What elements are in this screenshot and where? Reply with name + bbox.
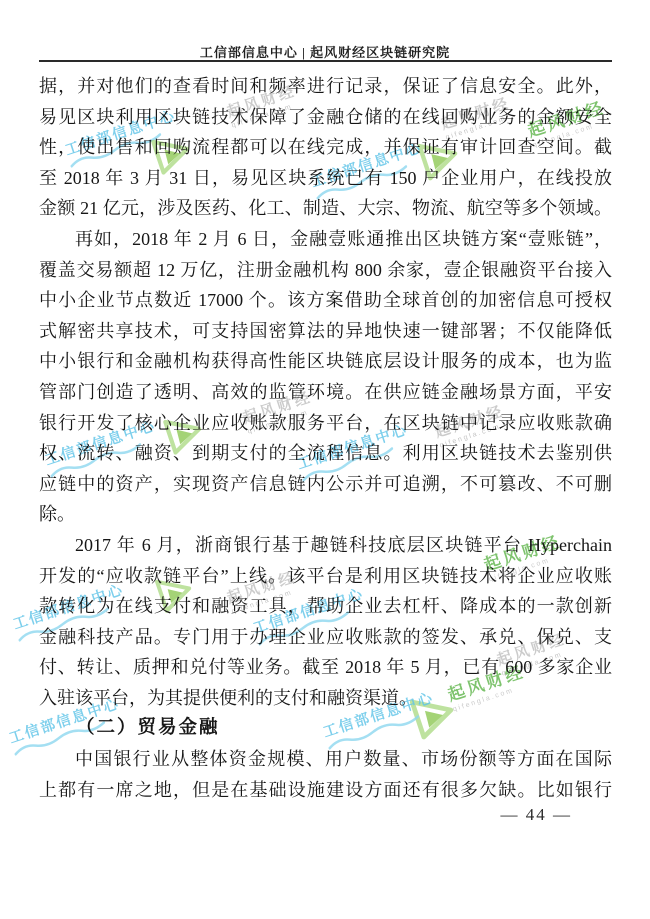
- text-line: 覆盖交易额超 12 万亿，注册金融机构 800 余家，壹企银融资平台接入: [39, 255, 612, 286]
- text-line: 上都有一席之地，但是在基础设施建设方面还有很多欠缺。比如银行: [39, 775, 612, 806]
- text-line: 至 2018 年 3 月 31 日，易见区块系统已有 150 户企业用户，在线投…: [39, 163, 612, 194]
- text-line: 权、流转、融资、到期支付的全流程信息。利用区块链技术去鉴别供: [39, 438, 612, 469]
- paragraph: 据，并对他们的查看时间和频率进行记录，保证了信息安全。此外，易见区块利用区块链技…: [39, 71, 612, 224]
- text-line: 管部门创造了透明、高效的监管环境。在供应链金融场景方面，平安: [39, 377, 612, 408]
- text-line: 金融科技产品。专门用于办理企业应收账款的签发、承兑、保兑、支: [39, 622, 612, 653]
- text-line: 中国银行业从整体资金规模、用户数量、市场份额等方面在国际: [39, 744, 612, 775]
- heading-line: （二）贸易金融: [39, 713, 612, 744]
- text-line: 款转化为在线支付和融资工具，帮助企业去杠杆、降成本的一款创新: [39, 591, 612, 622]
- page-number: — 44 —: [501, 805, 573, 825]
- header-rule: [39, 60, 612, 62]
- section-heading: （二）贸易金融: [39, 713, 612, 744]
- text-line: 性，使出售和回购流程都可以在线完成，并保证有审计回查空间。截: [39, 132, 612, 163]
- document-page: 工信部信息中心起风财经qifengla.com起风财经qifengla.com工…: [0, 0, 650, 919]
- text-line: 式解密共享技术，可支持国密算法的异地快速一键部署；不仅能降低: [39, 316, 612, 347]
- paragraph: 2017 年 6 月，浙商银行基于趣链科技底层区块链平台 Hyperchain开…: [39, 530, 612, 714]
- page-header-title: 工信部信息中心 | 起风财经区块链研究院: [0, 42, 650, 61]
- paragraph: 中国银行业从整体资金规模、用户数量、市场份额等方面在国际上都有一席之地，但是在基…: [39, 744, 612, 805]
- text-line: 付、转让、质押和兑付等业务。截至 2018 年 5 月，已有 600 多家企业: [39, 652, 612, 683]
- text-line: 中小银行和金融机构获得高性能区块链底层设计服务的成本，也为监: [39, 346, 612, 377]
- text-line: 入驻该平台，为其提供便利的支付和融资渠道。: [39, 683, 612, 714]
- text-line: 金额 21 亿元，涉及医药、化工、制造、大宗、物流、航空等多个领域。: [39, 193, 612, 224]
- text-line: 应链中的资产，实现资产信息链内公示并可追溯，不可篡改、不可删: [39, 469, 612, 500]
- text-line: 据，并对他们的查看时间和频率进行记录，保证了信息安全。此外，: [39, 71, 612, 102]
- text-line: 银行开发了核心企业应收账款服务平台，在区块链中记录应收账款确: [39, 408, 612, 439]
- paragraph: 再如，2018 年 2 月 6 日，金融壹账通推出区块链方案“壹账链”，覆盖交易…: [39, 224, 612, 530]
- text-line: 再如，2018 年 2 月 6 日，金融壹账通推出区块链方案“壹账链”，: [39, 224, 612, 255]
- text-line: 开发的“应收款链平台”上线。该平台是利用区块链技术将企业应收账: [39, 561, 612, 592]
- text-line: 中小企业节点数近 17000 个。该方案借助全球首创的加密信息可授权: [39, 285, 612, 316]
- text-line: 除。: [39, 499, 612, 530]
- body-text: 据，并对他们的查看时间和频率进行记录，保证了信息安全。此外，易见区块利用区块链技…: [39, 71, 612, 805]
- text-line: 2017 年 6 月，浙商银行基于趣链科技底层区块链平台 Hyperchain: [39, 530, 612, 561]
- text-line: 易见区块利用区块链技术保障了金融仓储的在线回购业务的金额安全: [39, 102, 612, 133]
